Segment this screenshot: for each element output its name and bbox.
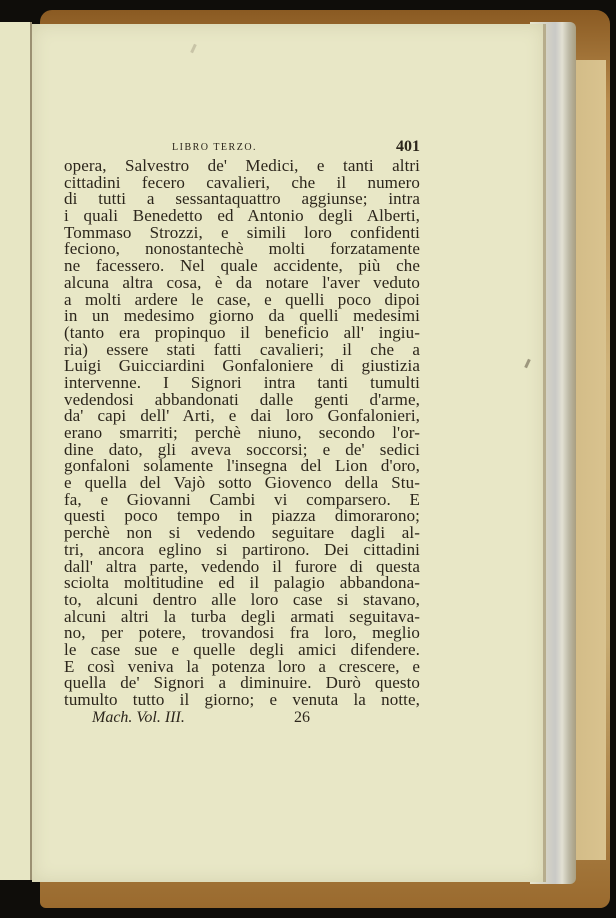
page-number: 401 xyxy=(396,138,420,156)
paper-blemish xyxy=(190,44,197,53)
facing-page-edge xyxy=(0,22,32,880)
text-line: tumulto tutto il giorno; e venuta la not… xyxy=(64,692,420,709)
text-line: alcuna altra cosa, è da notare l'aver ve… xyxy=(64,275,420,292)
text-block: LIBRO TERZO. 401 opera, Salvestro de' Me… xyxy=(64,138,420,727)
page-footer: Mach. Vol. III. 26 xyxy=(64,709,420,727)
body-text: opera, Salvestro de' Medici, e tanti alt… xyxy=(64,158,420,709)
book-page: LIBRO TERZO. 401 opera, Salvestro de' Me… xyxy=(32,24,544,882)
running-head: LIBRO TERZO. xyxy=(172,142,257,153)
signature-mark: Mach. Vol. III. xyxy=(92,709,185,727)
text-line: tri, ancora eglino si partirono. Dei cit… xyxy=(64,542,420,559)
paper-blemish xyxy=(524,359,531,368)
page-header: LIBRO TERZO. 401 xyxy=(64,138,420,158)
sheet-number: 26 xyxy=(294,709,310,727)
